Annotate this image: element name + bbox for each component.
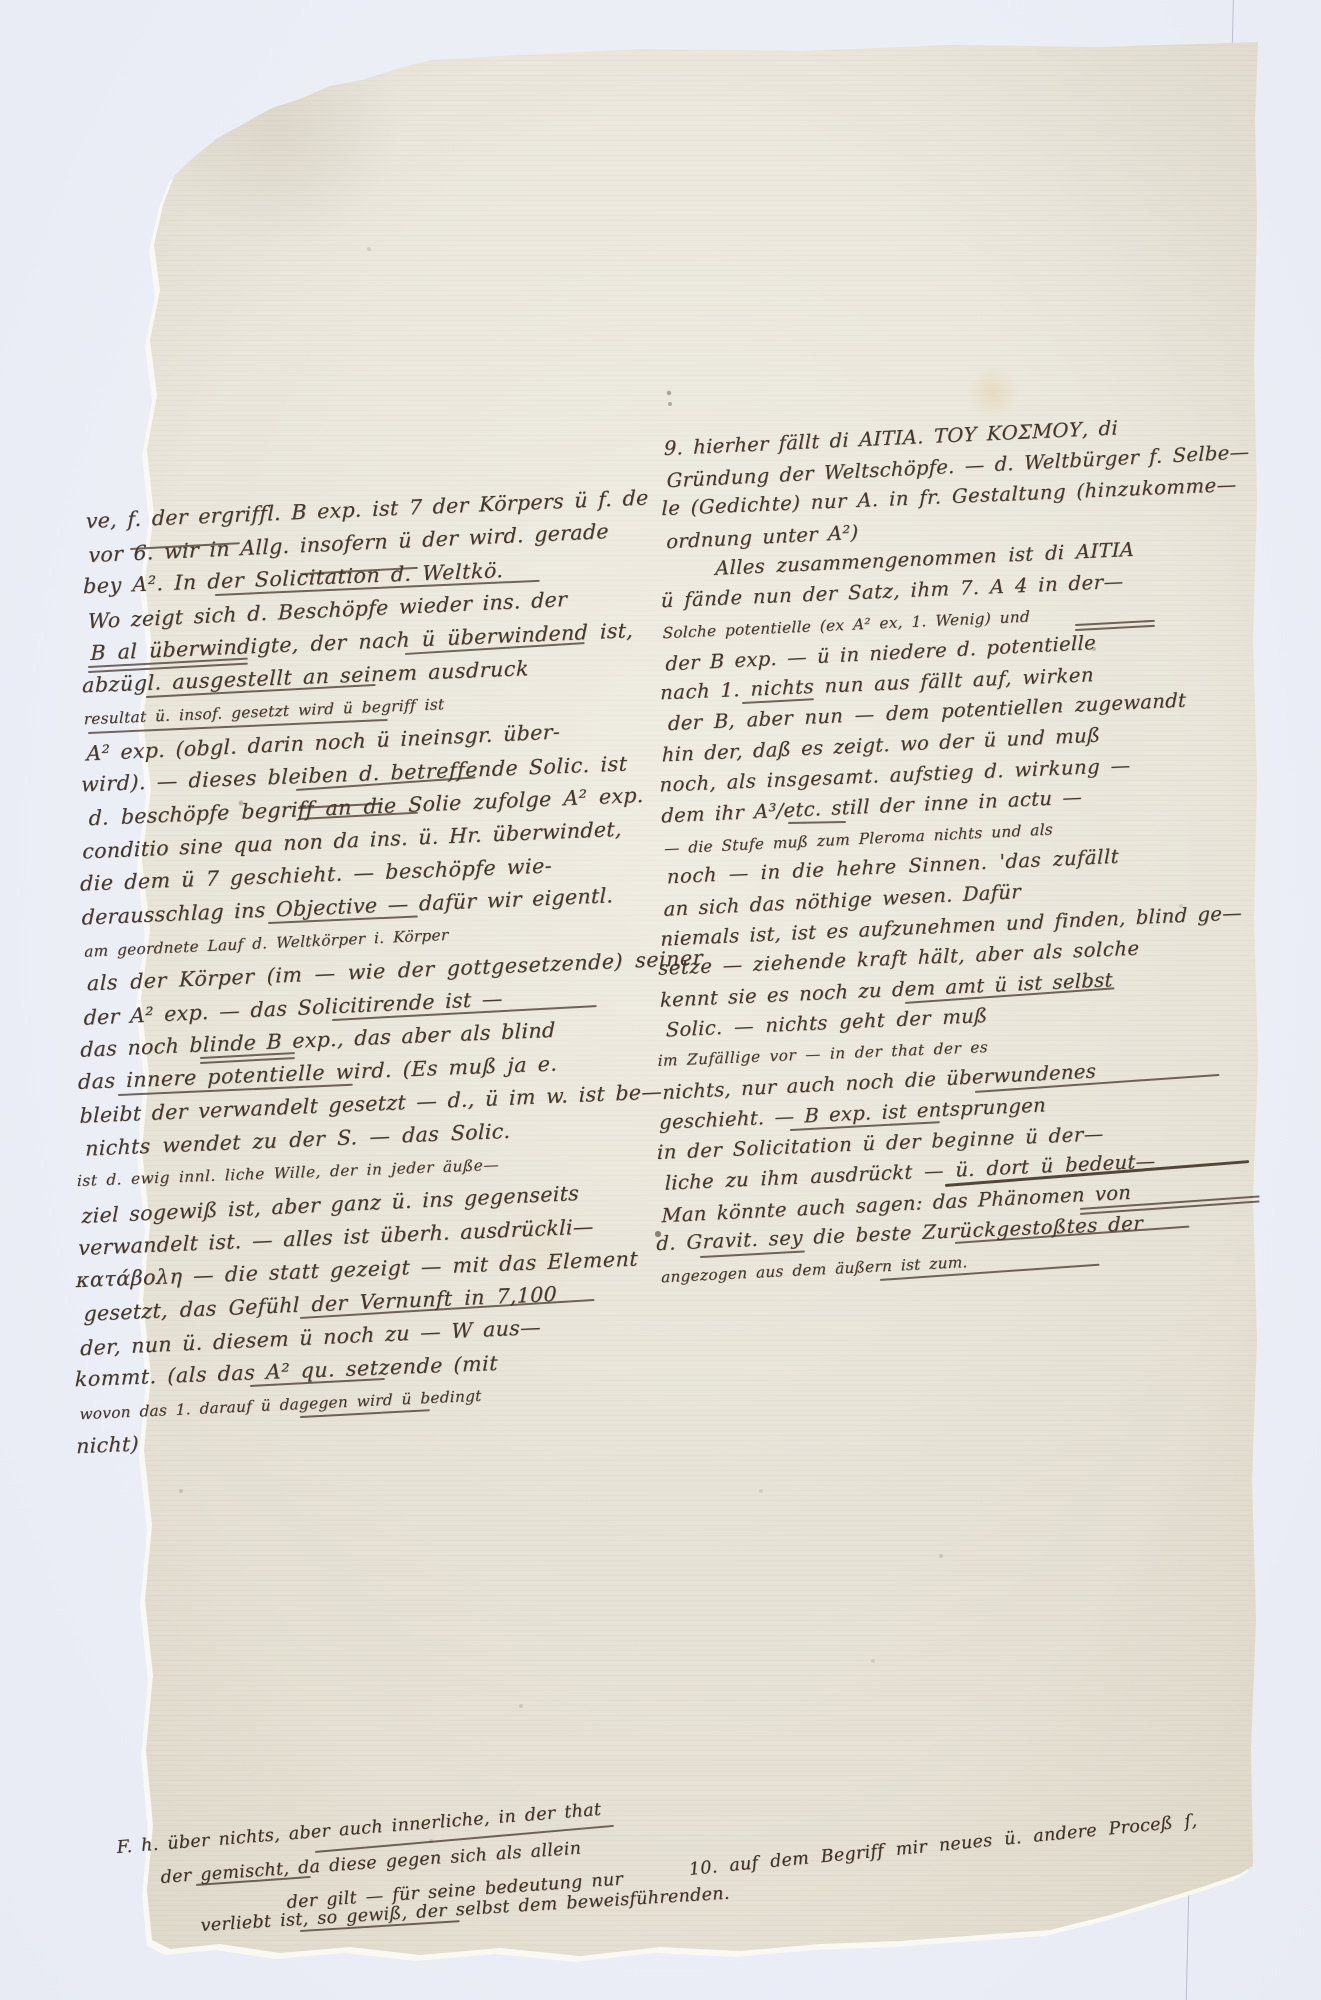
- left-text-column: ve, f. der ergriffl. B exp. ist 7 der Kö…: [76, 482, 646, 1464]
- scan-background: { "scan": { "background_color": "#edeff6…: [0, 0, 1321, 2000]
- right-text-column: 9. hierher fällt di ΑΙΤΙΑ. ΤΟΥ ΚΟΣΜΟΥ, d…: [658, 407, 1267, 1292]
- ink-specks: [0, 0, 2, 2]
